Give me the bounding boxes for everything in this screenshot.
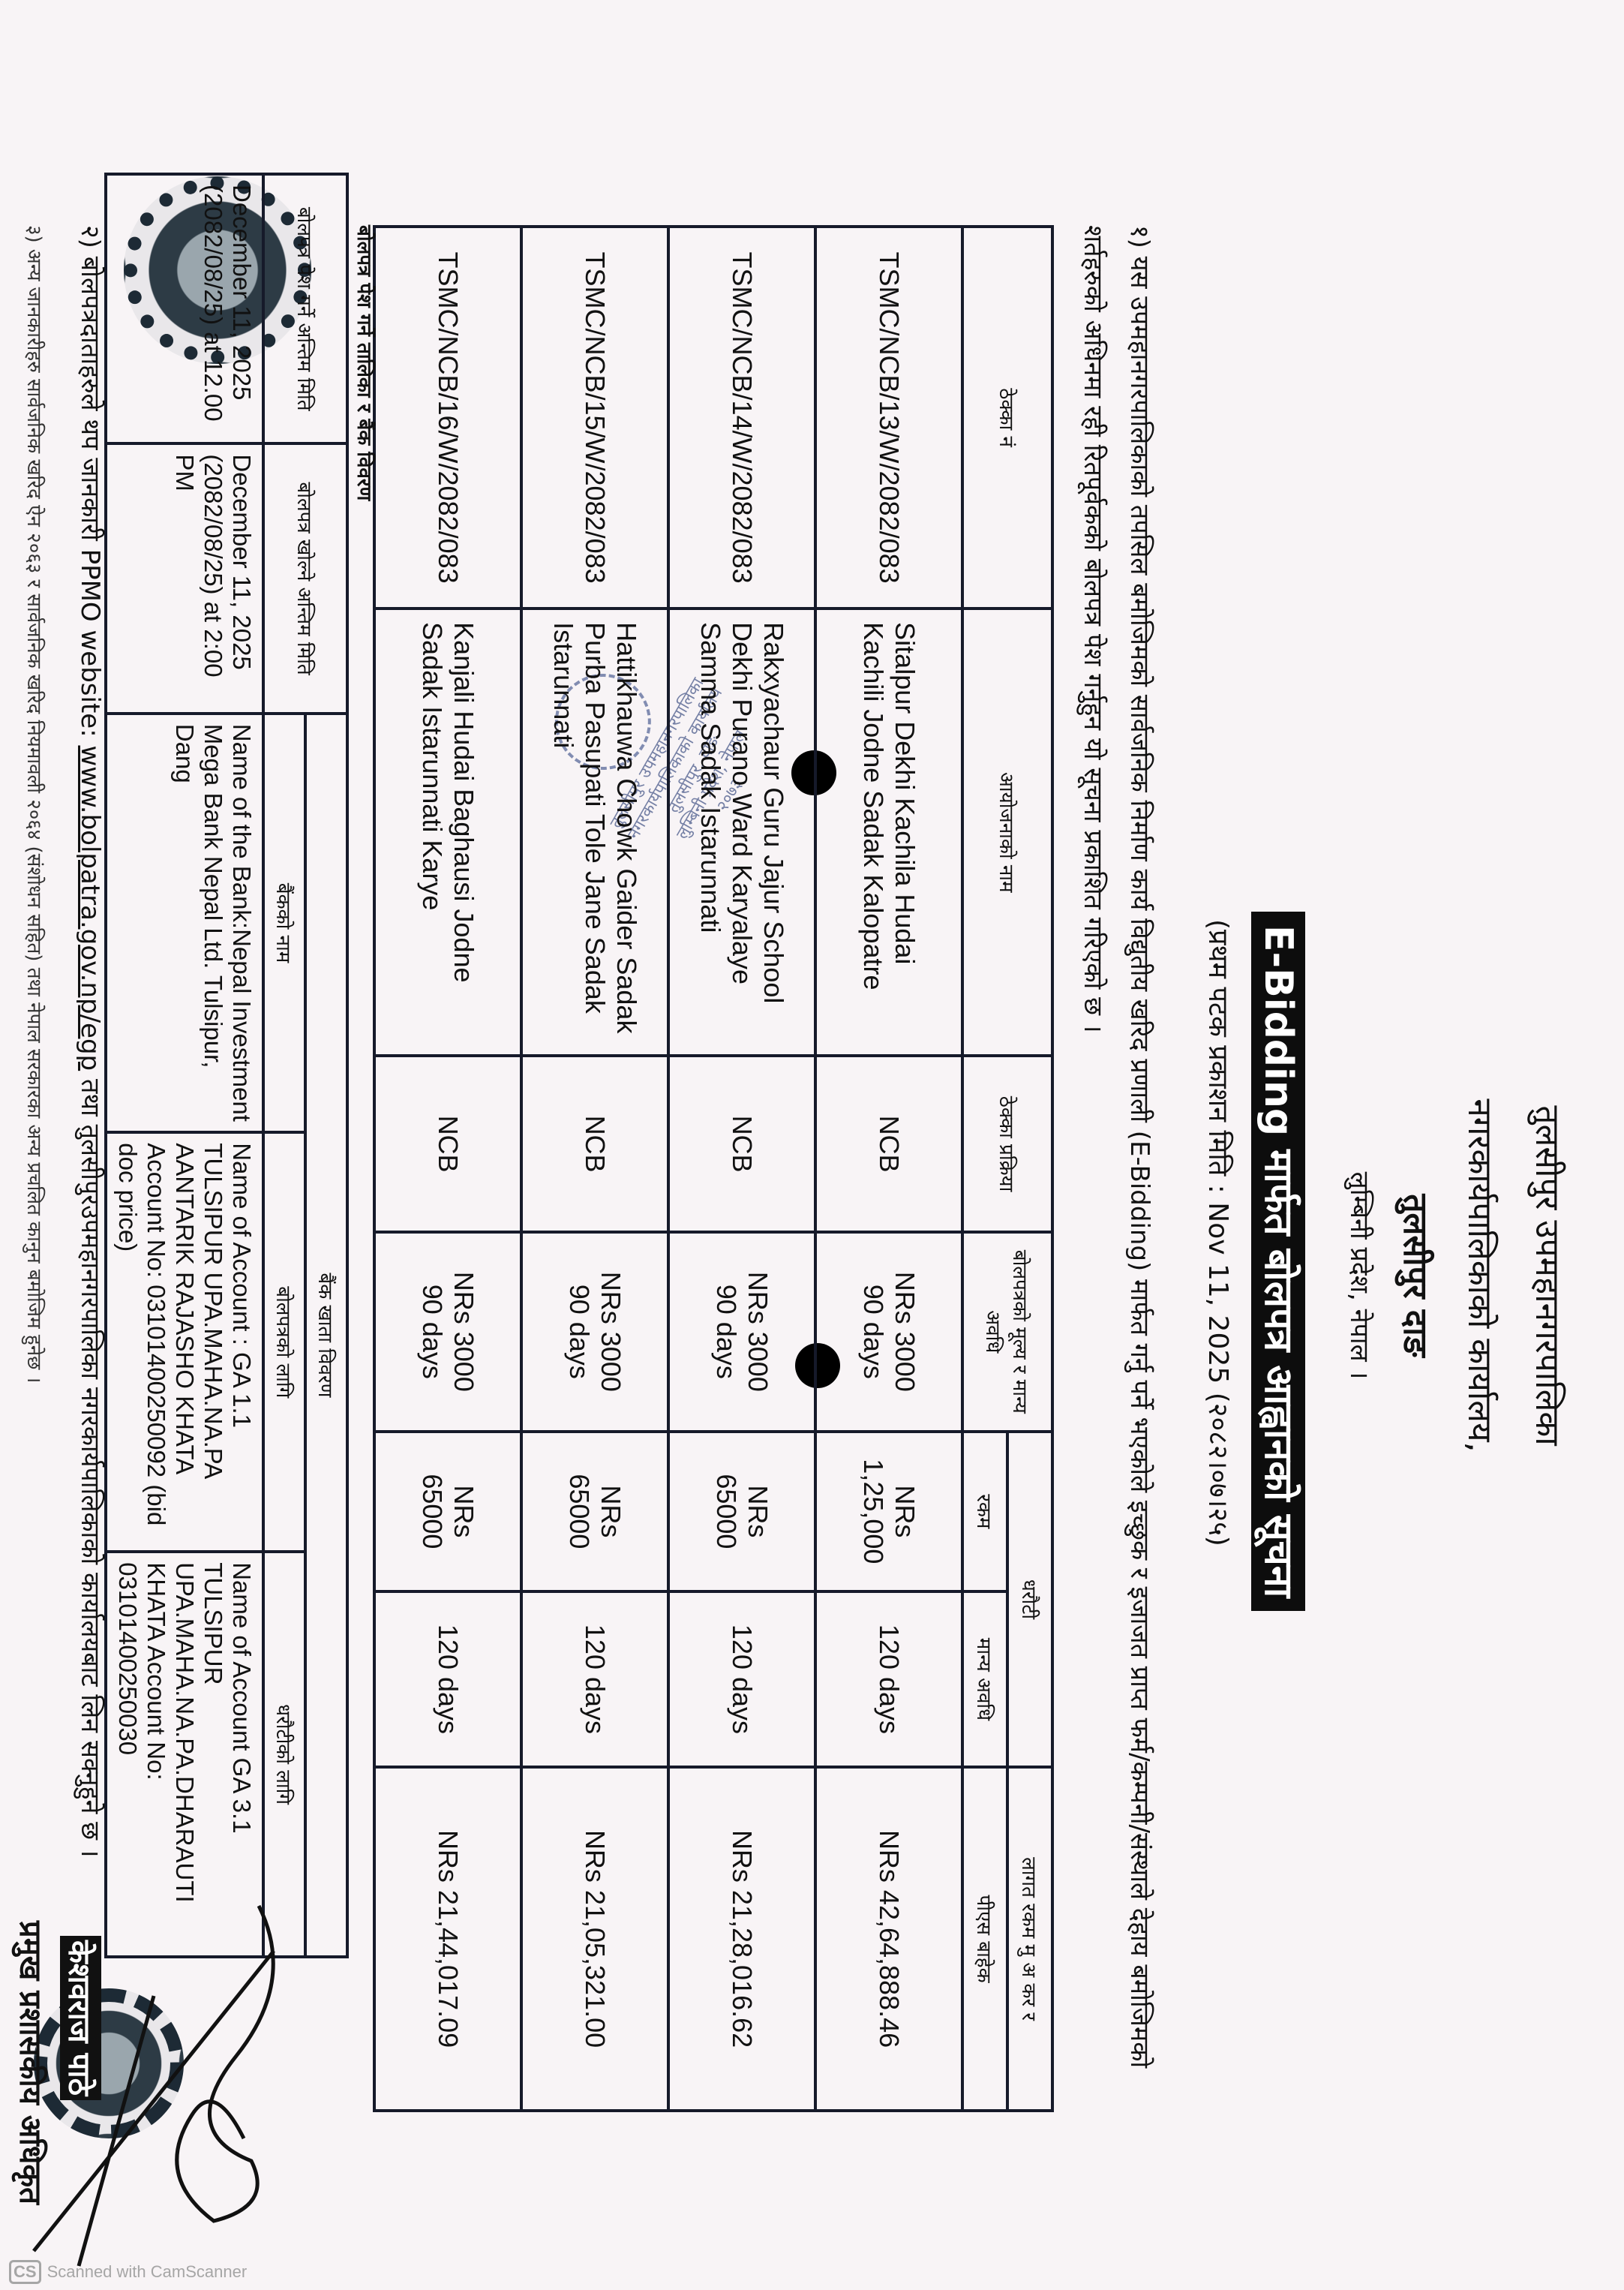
guarantee-amount: NRs65000 — [374, 1432, 521, 1591]
tender-number: TSMC/NCB/14/W/2082/083 — [668, 227, 815, 609]
table-header-row: बोलपत्र पेश गर्ने अन्तिम मिति बोलपत्र खो… — [305, 174, 347, 1957]
guarantee-value: 65000 — [416, 1445, 448, 1578]
bid-price: NRs 3000 — [595, 1246, 626, 1418]
tender-number: TSMC/NCB/13/W/2082/083 — [815, 227, 962, 609]
signatory-name: केशवराज पाठे — [60, 1936, 101, 2100]
bid-account: Name of Account : GA 1.1 TULSIPUR UPA.MA… — [106, 1132, 263, 1552]
guarantee-currency: NRs — [889, 1445, 920, 1578]
province-country: लुम्बिनी प्रदेश, नेपाल । — [1343, 863, 1378, 1688]
guarantee-validity: 120 days — [815, 1591, 962, 1767]
guarantee-value: 65000 — [563, 1445, 595, 1578]
guarantee-amount: NRs1,25,000 — [815, 1432, 962, 1591]
bid-price: NRs 3000 — [889, 1246, 920, 1418]
table-row: TSMC/NCB/15/W/2082/083Hattikhauwa Chowk … — [521, 227, 668, 2111]
header-cost-estimate: लागत रकम मु अ कर र — [1007, 1767, 1052, 2111]
header-submission-deadline: बोलपत्र पेश गर्ने अन्तिम मिति — [263, 174, 347, 443]
header-project-name: आयोजनाको नाम — [962, 609, 1052, 1056]
table-header-row: ठेक्का नं आयोजनाको नाम ठेक्का प्रक्रिया … — [1007, 227, 1052, 2111]
table-row: TSMC/NCB/14/W/2082/083Rakxyachaur Guru J… — [668, 227, 815, 2111]
guarantee-currency: NRs — [448, 1445, 479, 1578]
header-tender-no: ठेक्का नं — [962, 227, 1052, 609]
header-bid-price-validity: बोलपत्रको मूल्य र मान्य अवधि — [962, 1232, 1052, 1432]
cost-estimate: NRs 21,28,016.62 — [668, 1767, 815, 2111]
office-name: नगरकार्यपालिकाको कार्यालय, — [1459, 863, 1504, 1688]
table-row: December 11, 2025 (2082/08/25) at 12.00 … — [106, 174, 263, 1957]
bid-validity: 90 days — [416, 1246, 448, 1418]
guarantee-currency: NRs — [742, 1445, 773, 1578]
note-ppmo: २) बोलपत्रदाताहरुले थप जानकारी PPMO webs… — [74, 225, 109, 1858]
bid-validity: 90 days — [857, 1246, 889, 1418]
bank-name: Name of the Bank:Nepal Investment Mega B… — [106, 714, 263, 1133]
header-bank-name: बैंकको नाम — [263, 714, 305, 1133]
camscanner-logo-icon: CS — [9, 2260, 41, 2284]
tender-number: TSMC/NCB/16/W/2082/083 — [374, 227, 521, 609]
header-guarantee-validity: मान्य अवधि — [962, 1591, 1007, 1767]
guarantee-validity: 120 days — [668, 1591, 815, 1767]
office-location: तुलसीपुर दाङ — [1394, 863, 1439, 1688]
project-name: Rakxyachaur Guru Jajur School Dekhi Pura… — [668, 609, 815, 1056]
tender-number: TSMC/NCB/15/W/2082/083 — [521, 227, 668, 609]
procurement-method: NCB — [815, 1056, 962, 1231]
cost-estimate: NRs 21,05,321.00 — [521, 1767, 668, 2111]
bid-validity: 90 days — [563, 1246, 595, 1418]
bid-price-validity: NRs 300090 days — [374, 1232, 521, 1432]
header-opening-date: बोलपत्र खोल्ने अन्तिम मिति — [263, 443, 347, 713]
header-bank-details: बैंक खाता विवरण — [305, 714, 347, 1957]
guarantee-value: 1,25,000 — [857, 1445, 889, 1578]
bid-price-validity: NRs 300090 days — [815, 1232, 962, 1432]
note-procurement-act: ३) अन्य जानकारीहरु सार्वजनिक खरिद ऐन २०६… — [22, 225, 49, 1383]
bid-price: NRs 3000 — [742, 1246, 773, 1418]
bid-price-validity: NRs 300090 days — [668, 1232, 815, 1432]
notice-title: E-Bidding मार्फत बोलपत्र आह्वानको सूचना — [1251, 912, 1305, 1611]
cost-estimate: NRs 21,44,017.09 — [374, 1767, 521, 2111]
bid-price: NRs 3000 — [448, 1246, 479, 1418]
bolpatra-link[interactable]: www.bolpatra.gov.np/egp — [75, 745, 105, 1071]
municipality-name: तुलसीपुर उपमहानगरपालिका — [1526, 863, 1571, 1688]
signatory-title: प्रमुख प्रशासकीय अधिकृत — [11, 1921, 53, 2204]
guarantee-validity: 120 days — [374, 1591, 521, 1767]
bank-details-table: बोलपत्र पेश गर्ने अन्तिम मिति बोलपत्र खो… — [104, 173, 349, 1958]
procurement-method: NCB — [521, 1056, 668, 1231]
rotated-document-page: तुलसीपुर उपमहानगरपालिका नगरकार्यपालिकाको… — [0, 0, 1624, 2290]
publication-date: (प्रथम पटक प्रकाशन मिति : Nov 11, 2025 (… — [1201, 919, 1238, 1546]
note-text: २) बोलपत्रदाताहरुले थप जानकारी PPMO webs… — [75, 225, 105, 745]
letterhead: तुलसीपुर उपमहानगरपालिका नगरकार्यपालिकाको… — [1343, 863, 1571, 1688]
opening-date: December 11, 2025 (2082/08/25) at 2:00 P… — [106, 443, 263, 713]
procurement-method: NCB — [668, 1056, 815, 1231]
guarantee-amount: NRs65000 — [521, 1432, 668, 1591]
intro-paragraph: १) यस उपमहानगरपालिकाको तपसिल बमोजिमको सा… — [1070, 225, 1163, 2131]
project-name: Sitalpur Dekhi Kachila Hudai Kachili Jod… — [815, 609, 962, 1056]
bid-price-validity: NRs 300090 days — [521, 1232, 668, 1432]
table-row: TSMC/NCB/16/W/2082/083Kanjali Hudai Bagh… — [374, 227, 521, 2111]
guarantee-validity: 120 days — [521, 1591, 668, 1767]
tender-table: ठेक्का नं आयोजनाको नाम ठेक्का प्रक्रिया … — [373, 225, 1054, 2112]
bank-section-title: बोलपत्र पेश गर्ने तालिका र बैंक विवरण — [352, 225, 379, 500]
header-guarantee-amount: रकम — [962, 1432, 1007, 1591]
guarantee-value: 65000 — [710, 1445, 742, 1578]
project-name: Hattikhauwa Chowk Gaider Sadak Purba Pas… — [521, 609, 668, 1056]
guarantee-currency: NRs — [595, 1445, 626, 1578]
camscanner-watermark: CS Scanned with CamScanner — [9, 2260, 247, 2284]
submission-deadline: December 11, 2025 (2082/08/25) at 12.00 — [106, 174, 263, 443]
header-for-bid: बोलपत्रको लागि — [263, 1132, 305, 1552]
guarantee-amount: NRs65000 — [668, 1432, 815, 1591]
note-text: तथा तुलसीपुरउपमहानगरपालिका नगरकार्यपालिक… — [75, 1071, 105, 1858]
procurement-method: NCB — [374, 1056, 521, 1231]
cost-estimate: NRs 42,64,888.46 — [815, 1767, 962, 2111]
table-row: TSMC/NCB/13/W/2082/083Sitalpur Dekhi Kac… — [815, 227, 962, 2111]
header-procurement: ठेक्का प्रक्रिया — [962, 1056, 1052, 1231]
header-cost-estimate-sub: पीएस बाहेक — [962, 1767, 1007, 2111]
watermark-text: Scanned with CamScanner — [47, 2262, 248, 2282]
bid-validity: 90 days — [710, 1246, 742, 1418]
header-guarantee: धरौटी — [1007, 1432, 1052, 1767]
project-name: Kanjali Hudai Baghausi Jodne Sadak Istar… — [374, 609, 521, 1056]
